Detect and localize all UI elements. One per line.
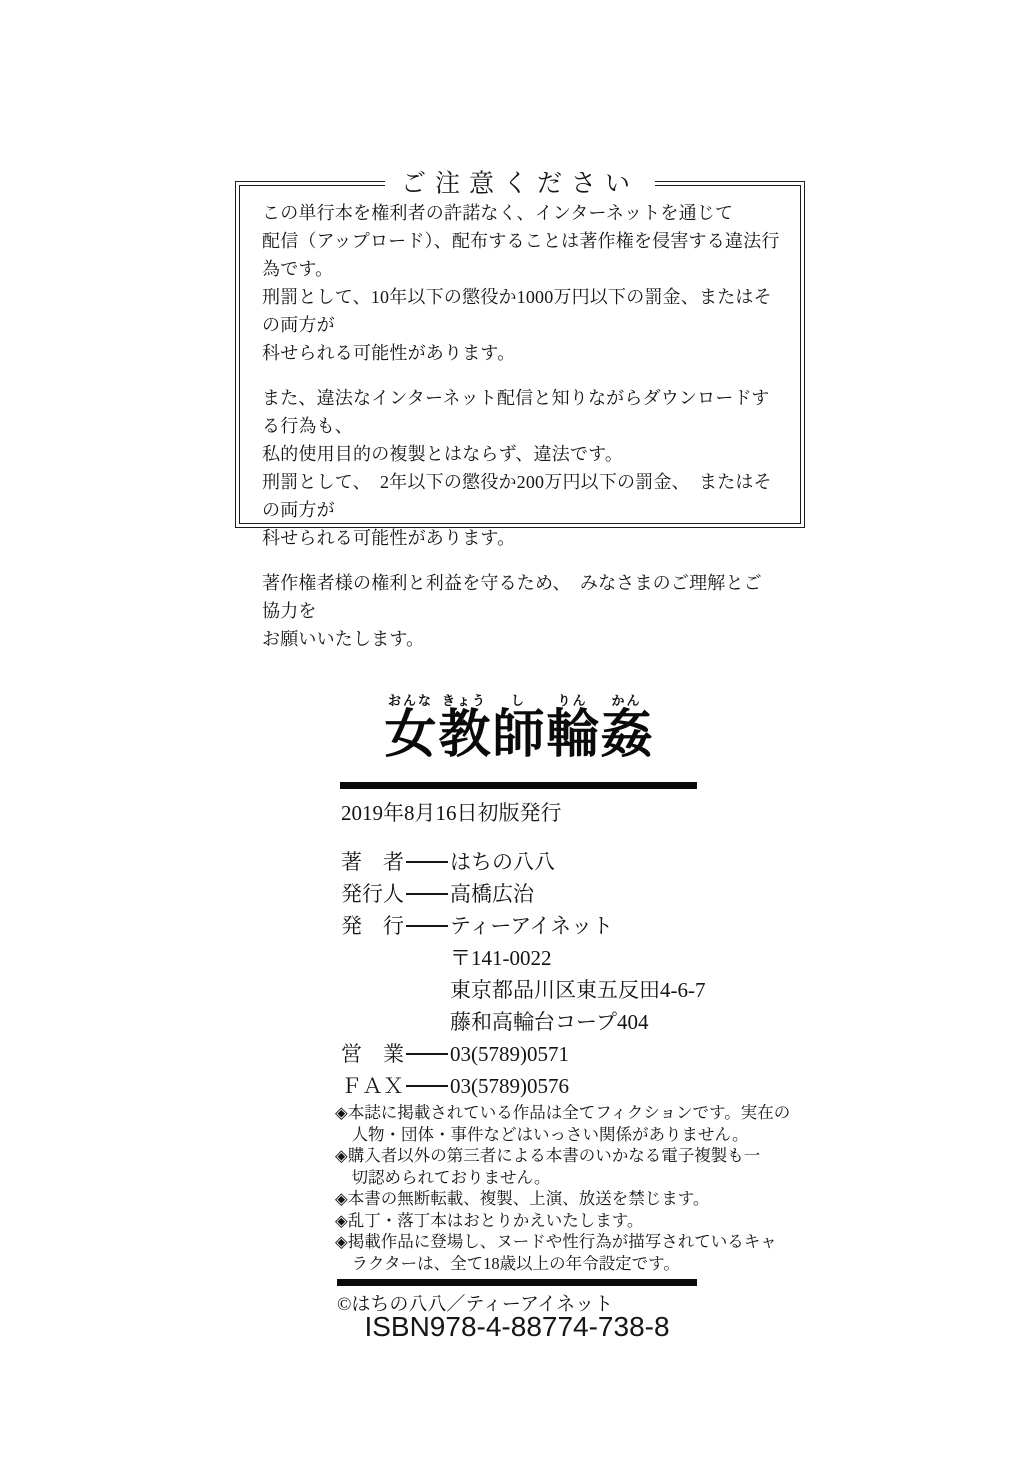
colophon-row-publisher: 発 行ティーアイネット: [341, 910, 706, 942]
legal-notes: ◈本誌に掲載されている作品は全てフィクションです。実在の 人物・団体・事件などは…: [335, 1102, 720, 1274]
colophon-row-fax: ＦＡＸ03(5789)0576: [341, 1070, 706, 1102]
address-line-2: 藤和高輪台コープ404: [450, 1010, 648, 1034]
colophon-page: ご注意ください この単行本を権利者の許諾なく、インターネットを通じて 配信（アッ…: [0, 0, 1036, 1470]
note-line: 切認められておりません。: [335, 1167, 720, 1189]
publisher-person-label: 発行人: [341, 878, 405, 910]
note-line: ◈本書の無断転載、複製、上演、放送を禁じます。: [335, 1188, 720, 1210]
title-char-4: りん 輪: [547, 694, 599, 762]
publication-date: 2019年8月16日初版発行: [341, 797, 562, 827]
note-line: ◈掲載作品に登場し、ヌードや性行為が描写されているキャ: [335, 1231, 720, 1253]
publisher-value: ティーアイネット: [450, 914, 613, 938]
postal-code-value: 〒141-0022: [450, 946, 552, 970]
notice-box-title: ご注意ください: [385, 163, 655, 199]
dash-rule: [406, 1053, 448, 1056]
footer-rule: [337, 1279, 697, 1286]
author-value: はちの八八: [450, 850, 555, 874]
kanji-5: 姦: [601, 710, 653, 762]
note-line: 人物・団体・事件などはいっさい関係がありません。: [335, 1124, 720, 1146]
colophon-row-author: 著 者はちの八八: [341, 846, 706, 878]
furigana-2: きょう: [442, 694, 487, 707]
notice-paragraph-1: この単行本を権利者の許諾なく、インターネットを通じて 配信（アップロード）、配布…: [262, 199, 780, 367]
colophon-details: 著 者はちの八八 発行人高橋広治 発 行ティーアイネット 〒141-0022 東…: [341, 846, 706, 1102]
fax-phone-value: 03(5789)0576: [450, 1074, 569, 1098]
title-underline-rule: [340, 782, 697, 789]
note-line: ラクターは、全て18歳以上の年令設定です。: [335, 1253, 720, 1275]
title-char-3: し 師: [492, 694, 544, 762]
notice-box-body: この単行本を権利者の許諾なく、インターネットを通じて 配信（アップロード）、配布…: [239, 185, 801, 524]
book-title: おんな 女 きょう 教 し 師 りん 輪 かん 姦: [340, 692, 697, 762]
dash-rule: [406, 1085, 448, 1088]
colophon-row-address-1: 東京都品川区東五反田4-6-7: [341, 974, 706, 1006]
dash-rule: [406, 893, 448, 896]
dash-rule: [406, 925, 448, 928]
publisher-person-value: 高橋広治: [450, 882, 534, 906]
kanji-3: 師: [492, 710, 544, 762]
furigana-5: かん: [612, 694, 642, 707]
colophon-row-sales: 営 業03(5789)0571: [341, 1038, 706, 1070]
title-char-1: おんな 女: [384, 694, 436, 762]
colophon-row-address-2: 藤和高輪台コープ404: [341, 1006, 706, 1038]
isbn-number: ISBN978-4-88774-738-8: [337, 1311, 697, 1343]
kanji-1: 女: [384, 710, 436, 762]
publisher-label: 発 行: [341, 910, 405, 942]
notice-paragraph-3: 著作権者様の権利と利益を守るため、 みなさまのご理解とご協力を お願いいたします…: [262, 569, 780, 653]
furigana-4: りん: [558, 694, 588, 707]
kanji-4: 輪: [547, 710, 599, 762]
notice-box: ご注意ください この単行本を権利者の許諾なく、インターネットを通じて 配信（アッ…: [235, 181, 805, 528]
fax-label: ＦＡＸ: [341, 1070, 405, 1102]
title-char-2: きょう 教: [438, 694, 490, 762]
furigana-1: おんな: [388, 694, 433, 707]
title-char-5: かん 姦: [601, 694, 653, 762]
colophon-row-postal-code: 〒141-0022: [341, 942, 706, 974]
sales-label: 営 業: [341, 1038, 405, 1070]
author-label: 著 者: [341, 846, 405, 878]
colophon-row-publisher-person: 発行人高橋広治: [341, 878, 706, 910]
note-line: ◈本誌に掲載されている作品は全てフィクションです。実在の: [335, 1102, 720, 1124]
note-line: ◈購入者以外の第三者による本書のいかなる電子複製も一: [335, 1145, 720, 1167]
notice-paragraph-2: また、違法なインターネット配信と知りながらダウンロードする行為も、 私的使用目的…: [262, 384, 780, 552]
note-line: ◈乱丁・落丁本はおとりかえいたします。: [335, 1210, 720, 1232]
furigana-3: し: [511, 694, 526, 707]
address-line-1: 東京都品川区東五反田4-6-7: [450, 978, 706, 1002]
kanji-2: 教: [438, 710, 490, 762]
sales-phone-value: 03(5789)0571: [450, 1042, 569, 1066]
dash-rule: [406, 861, 448, 864]
